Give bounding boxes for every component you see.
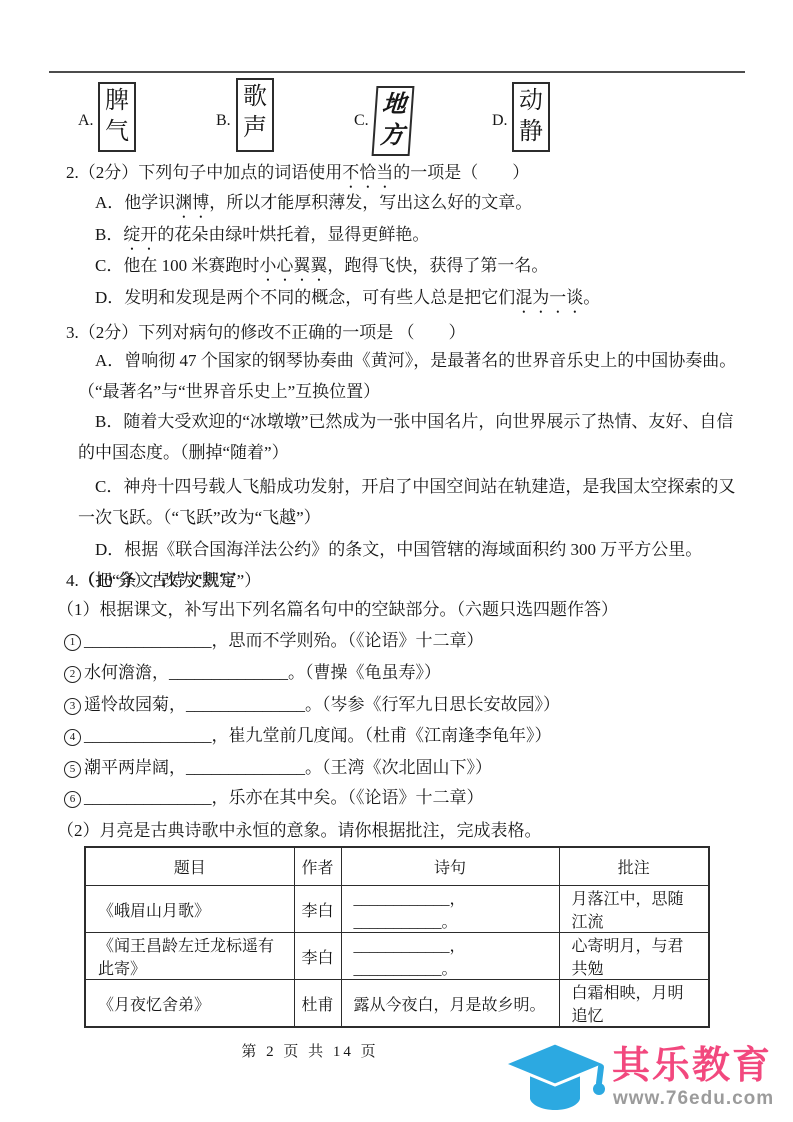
cell-verse: ____________，___________。 <box>341 886 559 933</box>
header-title: 题目 <box>85 847 294 886</box>
q2-option-b-emphasis: 绽开 <box>123 225 157 244</box>
cell-title: 《峨眉山月歌》 <box>85 886 294 933</box>
cell-annotation: 白霜相映，月明追忆 <box>559 980 709 1028</box>
calligraphy-box-b: 歌声 <box>236 78 274 152</box>
q2-option-d-emphasis: 混为一谈 <box>515 288 583 307</box>
q2-option-a-label: A． <box>95 193 124 212</box>
q2-option-d-pre: 发明和发现是两个不同的概念，可有些人总是把它们 <box>124 288 515 307</box>
q2-stem-pre: 2.（2分）下列句子中加点的词语使用 <box>66 163 342 182</box>
q3-option-b: B．随着大受欢迎的“冰墩墩”已然成为一张中国名片，向世界展示了热情、友好、自信的… <box>78 406 744 468</box>
cell-annotation: 月落江中，思随江流 <box>559 886 709 933</box>
table-header-row: 题目 作者 诗句 批注 <box>85 847 709 886</box>
q4-fill-item-1: 1_______________，思而不学则殆。（《论语》十二章） <box>64 629 484 653</box>
q2-option-c-label: C． <box>95 256 123 275</box>
cell-verse: ____________，___________。 <box>341 933 559 980</box>
q4-fill-item-4: 4_______________，崔九堂前几度闻。（杜甫《江南逢李龟年》） <box>64 724 552 748</box>
cell-verse: 露从今夜白，月是故乡明。 <box>341 980 559 1028</box>
fill-text-3: 遥怜故园菊，______________。（岑参《行军九日思长安故园》） <box>84 695 560 714</box>
calligraphy-box-a: 脾气 <box>98 82 136 152</box>
circled-number-2: 2 <box>64 666 81 683</box>
circled-number-1: 1 <box>64 634 81 651</box>
q2-option-a-post: ，所以才能厚积薄发，写出这么好的文章。 <box>209 193 532 212</box>
table-row: 《闻王昌龄左迁龙标遥有此寄》 李白 ____________，_________… <box>85 933 709 980</box>
cell-title: 《月夜忆舍弟》 <box>85 980 294 1028</box>
calligraphy-box-d: 动静 <box>512 82 550 152</box>
option-a-label: A. <box>78 112 94 130</box>
brand-logo-text: 其乐教育 <box>612 1044 792 1088</box>
header-rule <box>49 71 745 73</box>
q2-stem-post: 的一项是（ ） <box>393 163 529 182</box>
q2-option-a: A．他学识渊博，所以才能厚积薄发，写出这么好的文章。 <box>95 191 532 222</box>
q2-option-d: D．发明和发现是两个不同的概念，可有些人总是把它们混为一谈。 <box>95 286 600 317</box>
header-verse: 诗句 <box>341 847 559 886</box>
cell-author: 李白 <box>294 886 341 933</box>
question-4-title: 4.（10 分）古诗文默写 <box>66 569 236 593</box>
question-3-stem: 3.（2分）下列对病句的修改不正确的一项是 （ ） <box>66 321 466 345</box>
q2-option-c-pre: 他在 100 米赛跑时 <box>123 256 259 275</box>
q2-option-c: C．他在 100 米赛跑时小心翼翼，跑得飞快，获得了第一名。 <box>95 254 548 285</box>
circled-number-4: 4 <box>64 729 81 746</box>
cell-author: 杜甫 <box>294 980 341 1028</box>
brand-website-url: www.76edu.com <box>613 1088 793 1110</box>
q3-option-c: C．神舟十四号载人飞船成功发射，开启了中国空间站在轨建造，是我国太空探索的又一次… <box>78 471 744 533</box>
fill-text-1: _______________，思而不学则殆。（《论语》十二章） <box>84 631 484 650</box>
q2-option-b-post: 的花朵由绿叶烘托着，显得更鲜艳。 <box>157 225 429 244</box>
q2-stem-emphasis: 不恰当 <box>342 163 393 182</box>
cell-author: 李白 <box>294 933 341 980</box>
q2-option-d-label: D． <box>95 288 124 307</box>
q2-option-b-label: B． <box>95 225 123 244</box>
table-row: 《月夜忆舍弟》 杜甫 露从今夜白，月是故乡明。 白霜相映，月明追忆 <box>85 980 709 1028</box>
q2-option-a-emphasis: 渊博 <box>175 193 209 212</box>
table-row: 《峨眉山月歌》 李白 ____________，___________。 月落江… <box>85 886 709 933</box>
q4-fill-item-3: 3遥怜故园菊，______________。（岑参《行军九日思长安故园》） <box>64 693 560 717</box>
q3-option-a: A．曾响彻 47 个国家的钢琴协奏曲《黄河》，是最著名的世界音乐史上的中国协奏曲… <box>78 345 744 407</box>
q4-fill-item-6: 6_______________，乐亦在其中矣。（《论语》十二章） <box>64 786 484 810</box>
q2-option-c-emphasis: 小心翼翼 <box>259 256 327 275</box>
poem-table: 题目 作者 诗句 批注 《峨眉山月歌》 李白 ____________，____… <box>84 846 710 1028</box>
exam-page: A. 脾气 B. 歌声 C. 地方 D. 动静 2.（2分）下列句子中加点的词语… <box>0 0 793 1122</box>
circled-number-6: 6 <box>64 791 81 808</box>
fill-text-6: _______________，乐亦在其中矣。（《论语》十二章） <box>84 788 484 807</box>
question-2-stem: 2.（2分）下列句子中加点的词语使用不恰当的一项是（ ） <box>66 161 529 192</box>
q4-part2-instruction: （2）月亮是古典诗歌中永恒的意象。请你根据批注，完成表格。 <box>57 819 542 843</box>
calligraphy-box-c: 地方 <box>372 86 415 156</box>
cell-annotation: 心寄明月，与君共勉 <box>559 933 709 980</box>
header-annotation: 批注 <box>559 847 709 886</box>
q2-option-c-post: ，跑得飞快，获得了第一名。 <box>327 256 548 275</box>
option-c-label: C. <box>354 112 369 130</box>
header-author: 作者 <box>294 847 341 886</box>
circled-number-3: 3 <box>64 698 81 715</box>
option-d-label: D. <box>492 112 508 130</box>
q4-fill-item-5: 5潮平两岸阔，______________。（王湾《次北固山下》） <box>64 756 492 780</box>
q2-option-a-pre: 他学识 <box>124 193 175 212</box>
fill-text-2: 水何澹澹，______________。（曹操《龟虽寿》） <box>84 663 441 682</box>
graduation-cap-icon <box>500 1041 610 1122</box>
q2-option-b: B．绽开的花朵由绿叶烘托着，显得更鲜艳。 <box>95 223 429 254</box>
fill-text-5: 潮平两岸阔，______________。（王湾《次北固山下》） <box>84 758 492 777</box>
cell-title: 《闻王昌龄左迁龙标遥有此寄》 <box>85 933 294 980</box>
option-b-label: B. <box>216 112 231 130</box>
q4-fill-item-2: 2水何澹澹，______________。（曹操《龟虽寿》） <box>64 661 441 685</box>
fill-text-4: _______________，崔九堂前几度闻。（杜甫《江南逢李龟年》） <box>84 726 552 745</box>
circled-number-5: 5 <box>64 761 81 778</box>
q2-option-d-post: 。 <box>583 288 600 307</box>
q4-part1-instruction: （1）根据课文，补写出下列名篇名句中的空缺部分。（六题只选四题作答） <box>57 598 618 622</box>
